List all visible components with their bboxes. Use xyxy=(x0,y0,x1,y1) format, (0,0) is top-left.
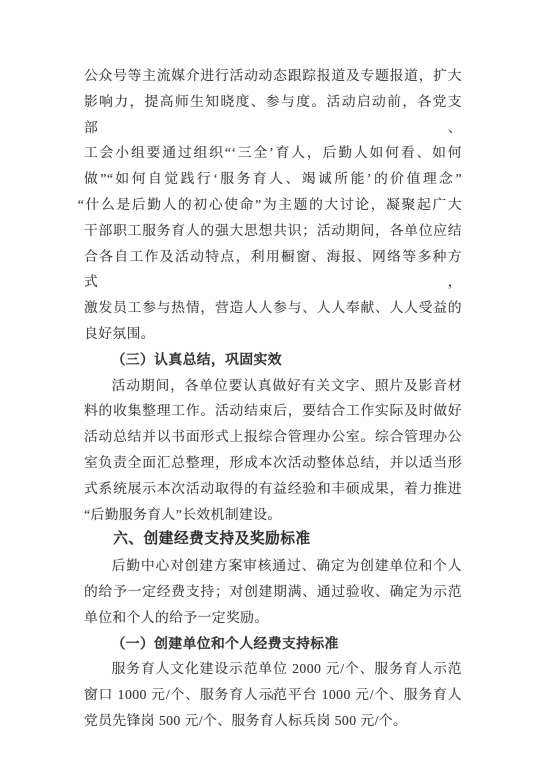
heading-funding: 六、创建经费支持及奖励标准 xyxy=(84,527,462,553)
text-line: 式系统展示本次活动取得的有益经验和丰硕成果，着力推进 xyxy=(84,476,462,502)
text-line: 料的收集整理工作。活动结束后，要结合工作实际及时做好 xyxy=(84,398,462,424)
text-line: 单位和个人的给予一定奖励。 xyxy=(84,605,462,631)
text-line: “后勤服务育人”长效机制建设。 xyxy=(84,502,462,528)
text-line: （一）创建单位和个人经费支持标准 xyxy=(84,631,462,657)
document-body: 公众号等主流媒介进行活动动态跟踪报道及专题报道，扩大影响力，提高师生知晓度、参与… xyxy=(84,63,462,734)
document-page: 公众号等主流媒介进行活动动态跟踪报道及专题报道，扩大影响力，提高师生知晓度、参与… xyxy=(0,0,543,768)
text-line: “什么是后勤人的初心使命”为主题的大讨论，凝聚起广大 xyxy=(84,192,462,218)
text-line: 的给予一定经费支持；对创建期满、通过验收、确定为示范 xyxy=(84,579,462,605)
text-line: 干部职工服务育人的强大思想共识；活动期间，各单位应结 xyxy=(84,218,462,244)
text-line: 激发员工参与热情，营造人人参与、人人奉献、人人受益的 xyxy=(84,295,462,321)
paragraph-summary-detail: 活动期间，各单位要认真做好有关文字、照片及影音材料的收集整理工作。活动结束后，要… xyxy=(84,373,462,528)
text-line: 影响力，提高师生知晓度、参与度。活动启动前，各党支部、 xyxy=(84,89,462,141)
text-line: （三）认真总结，巩固实效 xyxy=(84,347,462,373)
text-line: 党员先锋岗 500 元/个、服务育人标兵岗 500 元/个。 xyxy=(84,708,462,734)
text-line: 活动总结并以书面形式上报综合管理办公室。综合管理办公 xyxy=(84,424,462,450)
text-line: 六、创建经费支持及奖励标准 xyxy=(84,527,462,553)
text-line: 良好氛围。 xyxy=(84,321,462,347)
text-line: 工会小组要通过组织“‘三全’育人，后勤人如何看、如何 xyxy=(84,140,462,166)
text-line: 做”“如何自觉践行‘服务育人、竭诚所能’的价值理念” xyxy=(84,166,462,192)
heading-summary: （三）认真总结，巩固实效 xyxy=(84,347,462,373)
paragraph-funding-policy: 后勤中心对创建方案审核通过、确定为创建单位和个人的给予一定经费支持；对创建期满、… xyxy=(84,553,462,630)
text-line: 公众号等主流媒介进行活动动态跟踪报道及专题报道，扩大 xyxy=(84,63,462,89)
page-number: 10 xyxy=(0,693,543,703)
paragraph-activity-promotion: 公众号等主流媒介进行活动动态跟踪报道及专题报道，扩大影响力，提高师生知晓度、参与… xyxy=(84,63,462,347)
text-line: 活动期间，各单位要认真做好有关文字、照片及影音材 xyxy=(84,373,462,399)
text-line: 服务育人文化建设示范单位 2000 元/个、服务育人示范 xyxy=(84,656,462,682)
text-line: 室负责全面汇总整理，形成本次活动整体总结，并以适当形 xyxy=(84,450,462,476)
heading-funding-standard: （一）创建单位和个人经费支持标准 xyxy=(84,631,462,657)
text-line: 后勤中心对创建方案审核通过、确定为创建单位和个人 xyxy=(84,553,462,579)
text-line: 合各自工作及活动特点，利用橱窗、海报、网络等多种方式， xyxy=(84,244,462,296)
